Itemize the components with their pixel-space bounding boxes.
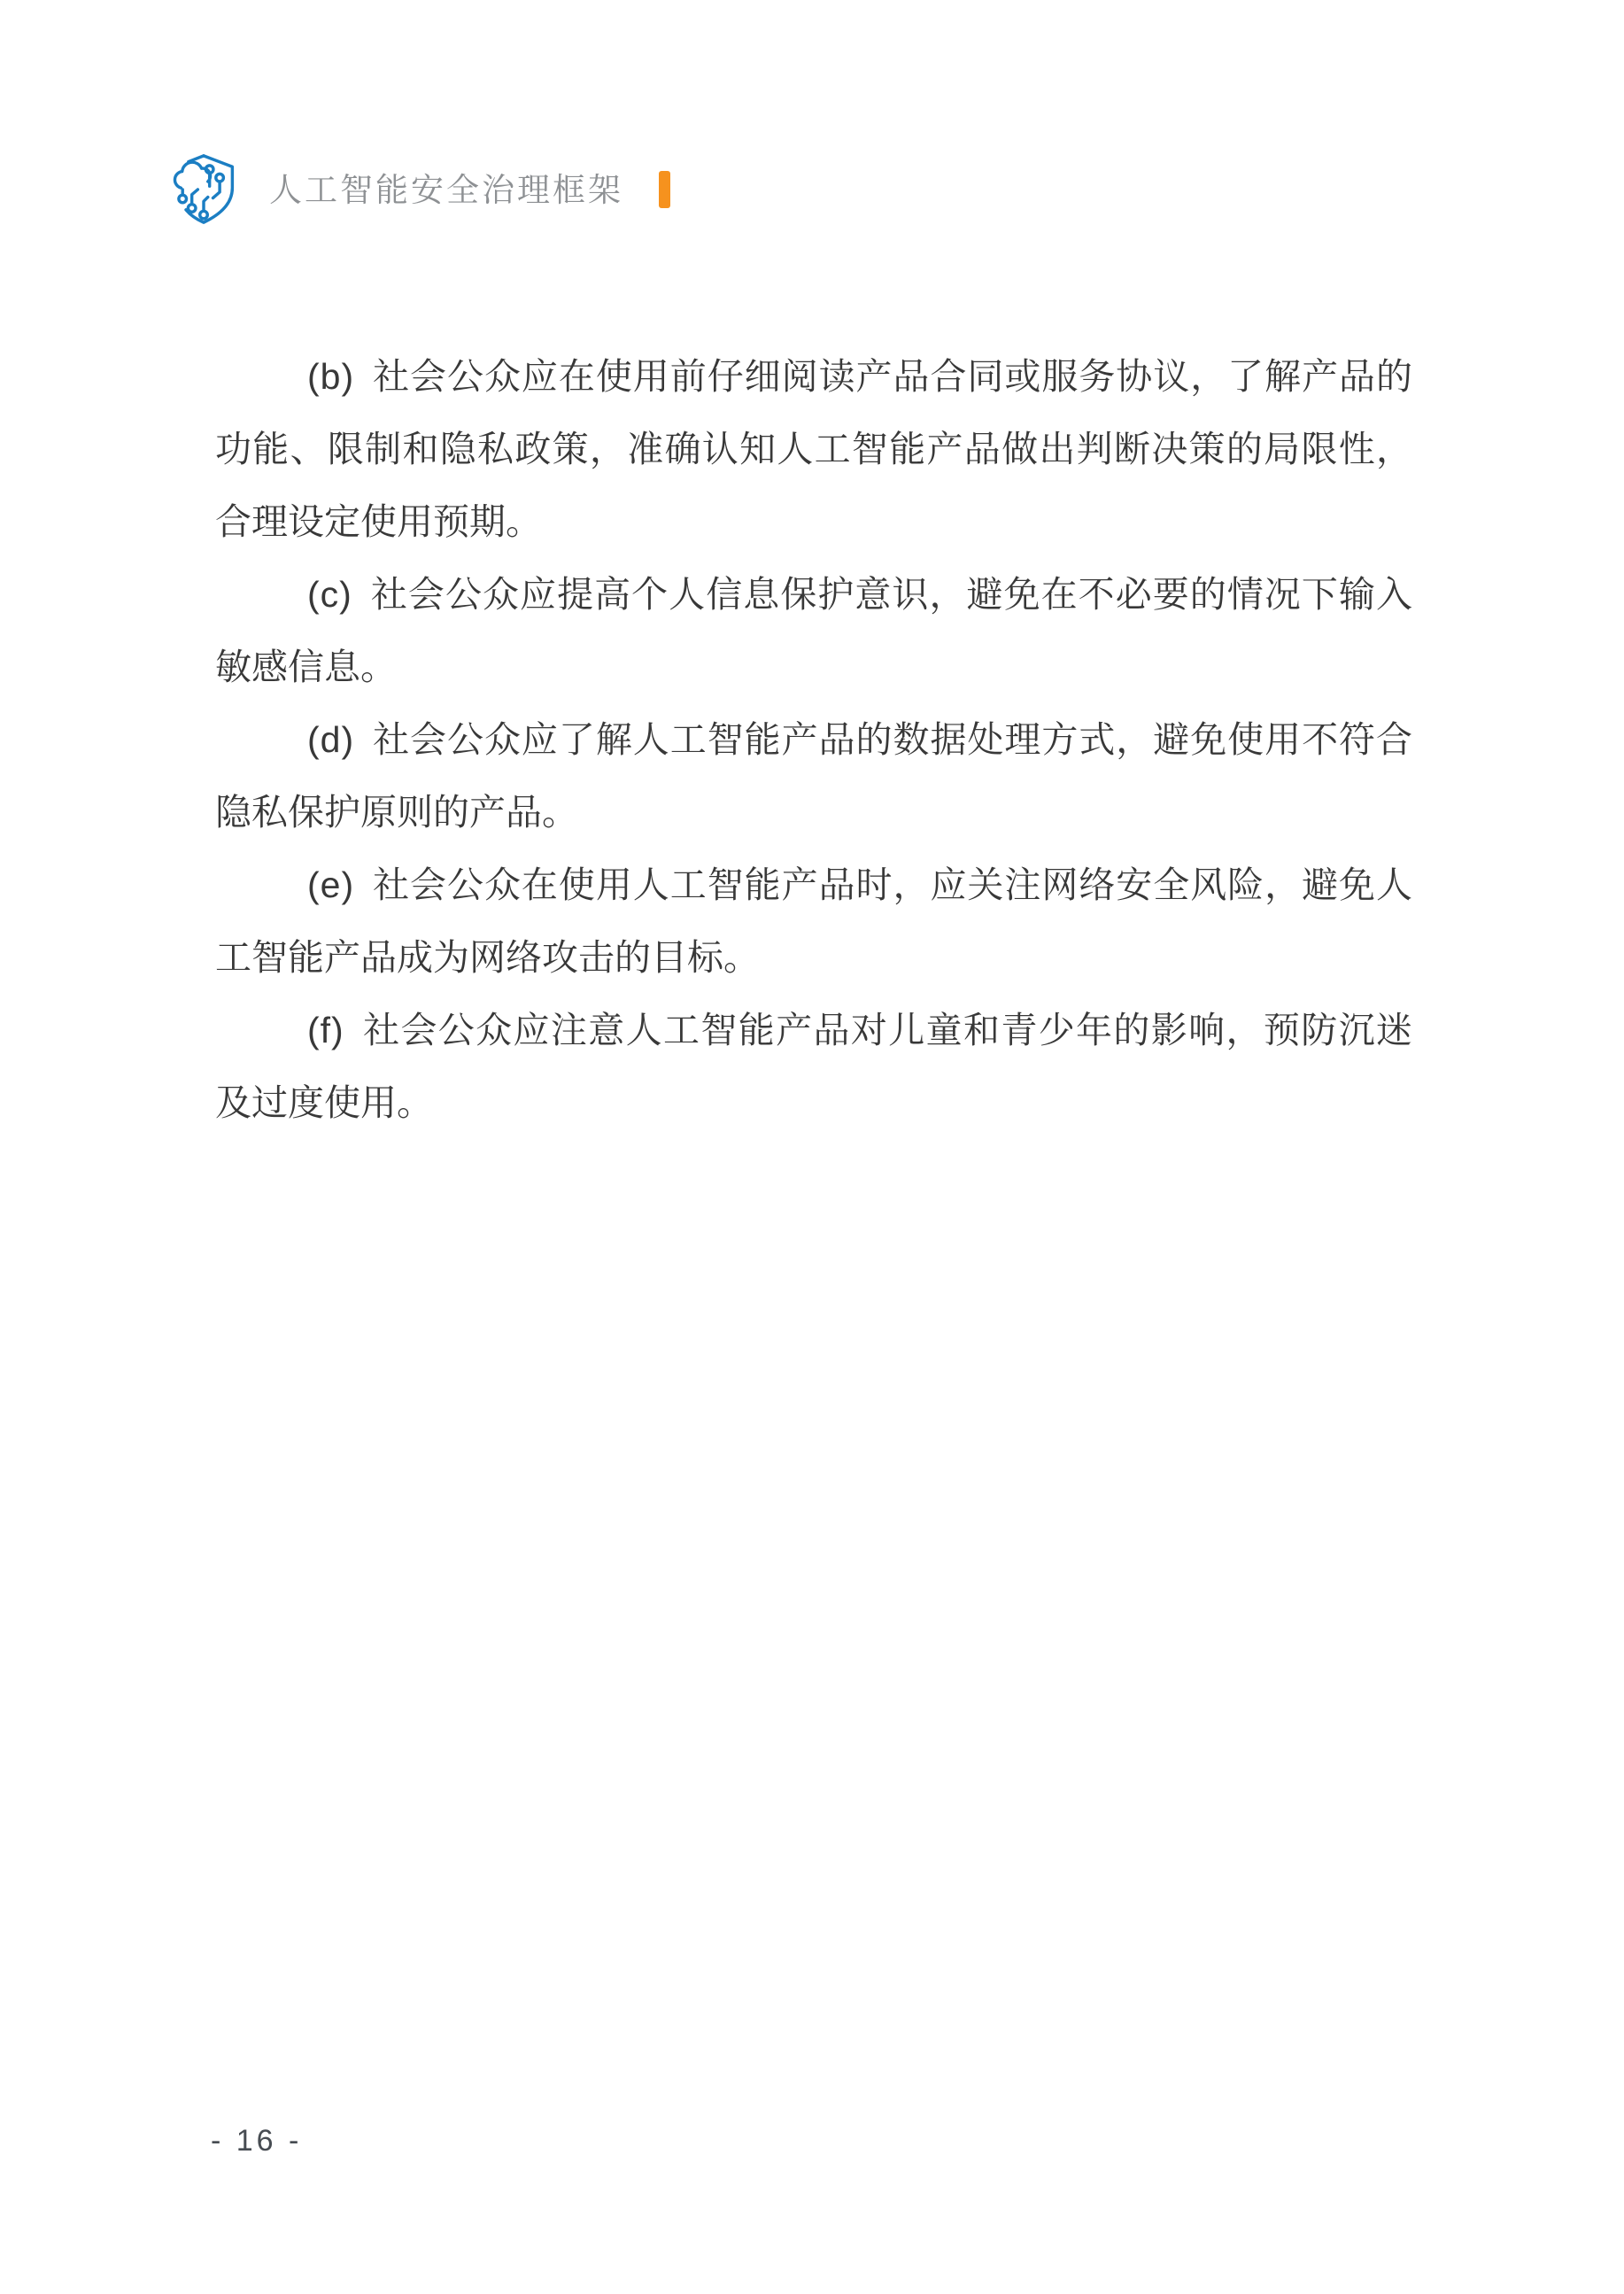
paragraph-e-text: 社会公众在使用人工智能产品时，应关注网络安全风险，避免人工智能产品成为网络攻击的… <box>215 864 1412 978</box>
page-header: 人工智能安全治理框架 <box>168 152 670 227</box>
paragraph-d: (d)社会公众应了解人工智能产品的数据处理方式，避免使用不符合隐私保护原则的产品… <box>215 703 1412 849</box>
document-body: (b)社会公众应在使用前仔细阅读产品合同或服务协议，了解产品的功能、限制和隐私政… <box>215 340 1412 1139</box>
page-number: - 16 - <box>211 2124 302 2158</box>
paragraph-f-text: 社会公众应注意人工智能产品对儿童和青少年的影响，预防沉迷及过度使用。 <box>215 1010 1412 1123</box>
header-accent-bar <box>659 171 670 208</box>
paragraph-d-label: (d) <box>307 719 354 760</box>
paragraph-c-text: 社会公众应提高个人信息保护意识，避免在不必要的情况下输入敏感信息。 <box>215 574 1412 687</box>
paragraph-c: (c)社会公众应提高个人信息保护意识，避免在不必要的情况下输入敏感信息。 <box>215 558 1412 703</box>
paragraph-b-text: 社会公众应在使用前仔细阅读产品合同或服务协议，了解产品的功能、限制和隐私政策，准… <box>215 356 1412 542</box>
paragraph-c-label: (c) <box>307 574 352 615</box>
paragraph-f: (f)社会公众应注意人工智能产品对儿童和青少年的影响，预防沉迷及过度使用。 <box>215 994 1412 1139</box>
page-footer: - 16 - <box>211 2124 302 2158</box>
page-title: 人工智能安全治理框架 <box>269 174 623 206</box>
ai-governance-shield-logo-icon <box>168 152 239 227</box>
paragraph-e-label: (e) <box>307 864 354 905</box>
paragraph-b-label: (b) <box>307 356 354 397</box>
paragraph-b: (b)社会公众应在使用前仔细阅读产品合同或服务协议，了解产品的功能、限制和隐私政… <box>215 340 1412 558</box>
paragraph-d-text: 社会公众应了解人工智能产品的数据处理方式，避免使用不符合隐私保护原则的产品。 <box>215 719 1412 833</box>
paragraph-e: (e)社会公众在使用人工智能产品时，应关注网络安全风险，避免人工智能产品成为网络… <box>215 849 1412 994</box>
paragraph-f-label: (f) <box>307 1010 344 1050</box>
document-page: 人工智能安全治理框架 (b)社会公众应在使用前仔细阅读产品合同或服务协议，了解产… <box>0 0 1624 2294</box>
